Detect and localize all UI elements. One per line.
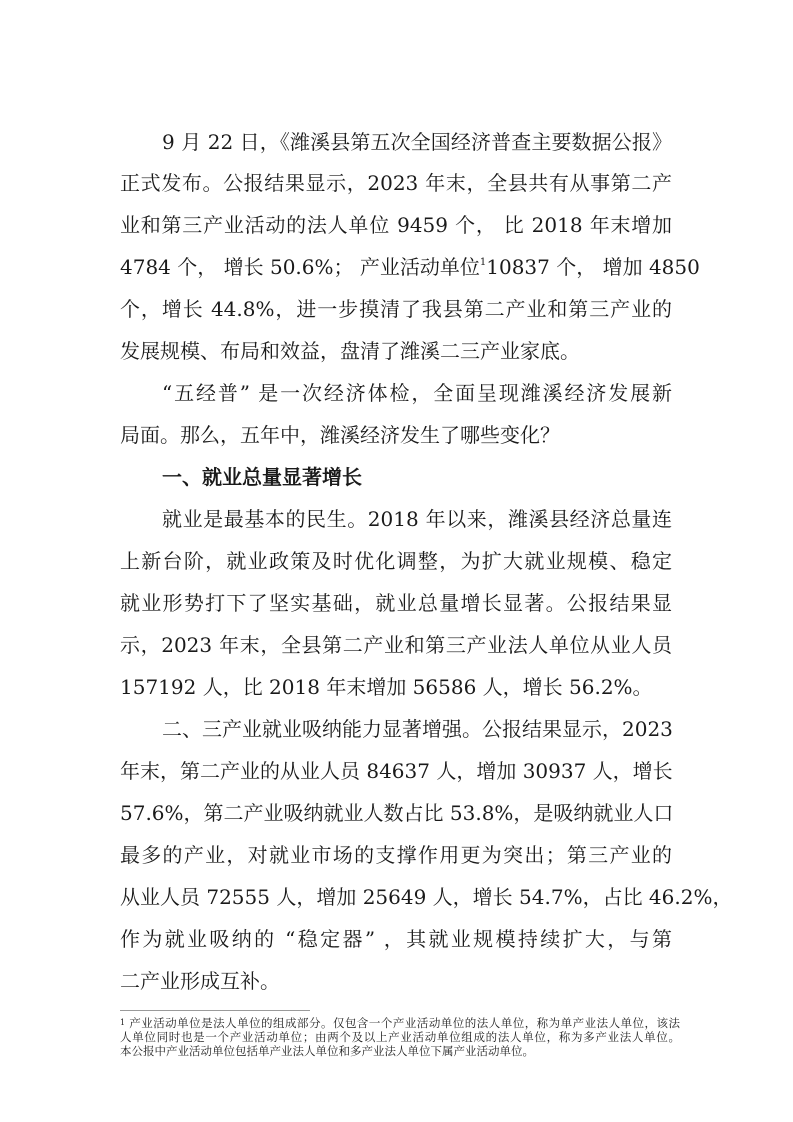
paragraph-sectors-line-3: 57.6%，第二产业吸纳就业人数占比 53.8%，是吸纳就业人口 — [120, 801, 672, 825]
paragraph-employment-line-1: 就业是最基本的民生。2018 年以来，潍溪县经济总量连 — [162, 507, 672, 531]
footnote: 1 产业活动单位是法人单位的组成部分。仅包含一个产业活动单位的法人单位，称为单产… — [120, 1016, 680, 1058]
paragraph-intro-line-1: 9 月 22 日，《潍溪县第五次全国经济普查主要数据公报》 — [162, 130, 672, 154]
paragraph-sectors-line-6: 作为就业吸纳的 “稳定器” ，其就业规模持续扩大，与第 — [120, 927, 672, 951]
paragraph-overview-line-1: “五经普” 是一次经济体检，全面呈现潍溪经济发展新 — [162, 381, 672, 405]
footnote-line-1: 1 产业活动单位是法人单位的组成部分。仅包含一个产业活动单位的法人单位，称为单产… — [120, 1016, 680, 1030]
paragraph-intro-line-3: 业和第三产业活动的法人单位 9459 个， 比 2018 年末增加 — [120, 213, 672, 237]
paragraph-sectors-line-4: 最多的产业，对就业市场的支撑作用更为突出；第三产业的 — [120, 843, 672, 867]
section-heading: 一、就业总量显著增长 — [162, 465, 362, 489]
paragraph-sectors-line-1: 二、三产业就业吸纳能力显著增强。公报结果显示，2023 — [162, 717, 672, 741]
paragraph-sectors-line-2: 年末，第二产业的从业人员 84637 人，增加 30937 人，增长 — [120, 759, 672, 783]
paragraph-intro-line-2: 正式发布。公报结果显示，2023 年末，全县共有从事第二产 — [120, 171, 672, 195]
paragraph-employment-line-4: 示，2023 年末，全县第二产业和第三产业法人单位从业人员 — [120, 633, 672, 657]
paragraph-intro-line-5: 个，增长 44.8%，进一步摸清了我县第二产业和第三产业的 — [120, 297, 672, 321]
paragraph-employment-line-5: 157192 人，比 2018 年末增加 56586 人，增长 56.2%。 — [120, 675, 672, 699]
footnote-reference[interactable]: 1 — [480, 257, 486, 268]
paragraph-intro-line-6: 发展规模、布局和效益，盘清了潍溪二三产业家底。 — [120, 339, 672, 363]
footnote-line-1-text: 产业活动单位是法人单位的组成部分。仅包含一个产业活动单位的法人单位，称为单产业法… — [129, 1016, 680, 1030]
footnote-line-3: 本公报中产业活动单位包括单产业法人单位和多产业法人单位下属产业活动单位。 — [120, 1044, 680, 1058]
intro-line-4-rest: 10837 个， 增加 4850 — [486, 255, 700, 279]
paragraph-overview-line-2: 局面。那么，五年中，潍溪经济发生了哪些变化？ — [120, 423, 672, 447]
paragraph-intro-line-4: 4784 个， 增长 50.6%； 产业活动单位110837 个， 增加 485… — [120, 255, 672, 279]
paragraph-sectors-line-5: 从业人员 72555 人，增加 25649 人，增长 54.7%，占比 46.2… — [120, 885, 672, 909]
footnote-mark: 1 — [120, 1018, 125, 1027]
footnote-divider — [120, 1010, 310, 1011]
intro-line-4-text: 4784 个， 增长 50.6%； 产业活动单位 — [120, 255, 480, 279]
paragraph-employment-line-2: 上新台阶，就业政策及时优化调整，为扩大就业规模、稳定 — [120, 549, 672, 573]
paragraph-employment-line-3: 就业形势打下了坚实基础，就业总量增长显著。公报结果显 — [120, 591, 672, 615]
footnote-line-2: 人单位同时也是一个产业活动单位；由两个及以上产业活动单位组成的法人单位，称为多产… — [120, 1030, 680, 1044]
paragraph-sectors-line-7: 二产业形成互补。 — [120, 969, 672, 993]
